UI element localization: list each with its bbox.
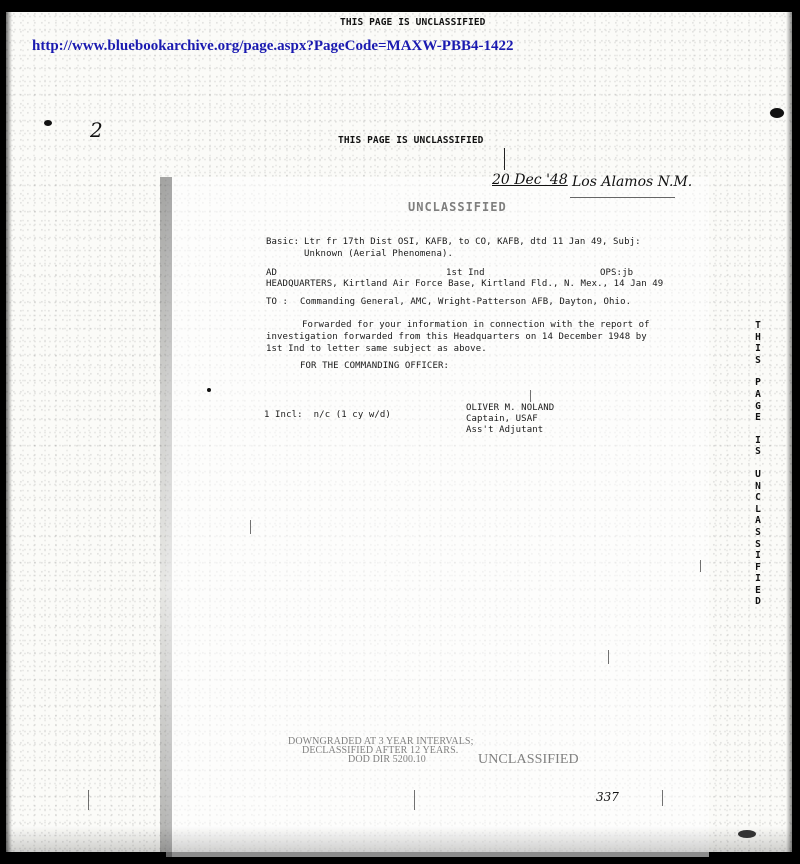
handwritten-date: 20 Dec '48: [492, 172, 568, 188]
side-stamp-letter: C: [752, 492, 764, 504]
side-stamp-letter: P: [752, 377, 764, 389]
bottom-edge-shadow: [6, 826, 792, 852]
scratch-mark: [700, 560, 701, 572]
top-classification-stamp: THIS PAGE IS UNCLASSIFIED: [340, 17, 486, 28]
ink-blot: [770, 108, 784, 118]
side-stamp-letter: A: [752, 389, 764, 401]
downgrade-line-3: DOD DIR 5200.10: [348, 754, 426, 765]
bottom-unclassified-mark: UNCLASSIFIED: [478, 752, 579, 768]
basic-line-1: Ltr fr 17th Dist OSI, KAFB, to CO, KAFB,…: [304, 237, 641, 247]
body-line-3: 1st Ind to letter same subject as above.: [266, 344, 487, 354]
inclosure-line: 1 Incl: n/c (1 cy w/d): [264, 410, 391, 420]
indorsement-number: 1st Ind: [446, 268, 485, 278]
side-stamp-letter: N: [752, 481, 764, 493]
scratch-mark: [530, 390, 531, 402]
scratch-mark: [250, 520, 251, 534]
side-stamp-letter: A: [752, 515, 764, 527]
to-line: Commanding General, AMC, Wright-Patterso…: [300, 297, 631, 307]
side-stamp-letter: S: [752, 446, 764, 458]
archive-url-link[interactable]: http://www.bluebookarchive.org/page.aspx…: [32, 38, 513, 55]
from-line: HEADQUARTERS, Kirtland Air Force Base, K…: [266, 279, 663, 289]
ink-speck: [207, 388, 211, 392]
side-stamp-letter: D: [752, 596, 764, 608]
scratch-mark: [88, 790, 89, 810]
file-reference: OPS:jb: [600, 268, 633, 278]
body-line-1: Forwarded for your information in connec…: [302, 320, 650, 330]
ink-blot: [44, 120, 52, 126]
scratch-mark: [414, 790, 415, 810]
underline-rule: [570, 197, 675, 198]
body-line-2: investigation forwarded from this Headqu…: [266, 332, 647, 342]
side-classification-stamp: THISPAGEISUNCLASSIFIED: [752, 320, 764, 608]
side-stamp-letter: I: [752, 343, 764, 355]
header-unclassified-mark: UNCLASSIFIED: [408, 200, 507, 214]
side-stamp-letter: I: [752, 435, 764, 447]
handwritten-location: Los Alamos N.M.: [572, 174, 692, 190]
scratch-mark: [608, 650, 609, 664]
to-label: TO :: [266, 297, 288, 307]
side-stamp-letter: I: [752, 573, 764, 585]
handwritten-page-mark: 2: [90, 118, 103, 142]
basic-line-2: Unknown (Aerial Phenomena).: [304, 249, 453, 259]
side-stamp-letter: L: [752, 504, 764, 516]
closing-line: FOR THE COMMANDING OFFICER:: [300, 361, 449, 371]
side-stamp-letter: E: [752, 412, 764, 424]
side-stamp-letter: F: [752, 562, 764, 574]
scratch-mark: [504, 148, 505, 170]
side-stamp-letter: T: [752, 320, 764, 332]
signer-rank: Captain, USAF: [466, 414, 538, 424]
side-stamp-letter: H: [752, 332, 764, 344]
side-stamp-letter: S: [752, 527, 764, 539]
scratch-mark: [662, 790, 663, 806]
page-number: 337: [596, 790, 619, 804]
side-stamp-letter: G: [752, 401, 764, 413]
side-stamp-letter: E: [752, 585, 764, 597]
signer-name: OLIVER M. NOLAND: [466, 403, 554, 413]
basic-label: Basic:: [266, 237, 299, 247]
ink-blot: [738, 830, 756, 838]
signer-title: Ass't Adjutant: [466, 425, 543, 435]
side-stamp-letter: S: [752, 539, 764, 551]
side-stamp-letter: I: [752, 550, 764, 562]
side-stamp-letter: S: [752, 355, 764, 367]
sheet-edge-shadow: [160, 177, 172, 862]
side-stamp-letter: U: [752, 469, 764, 481]
upper-classification-stamp: THIS PAGE IS UNCLASSIFIED: [338, 135, 484, 146]
office-code: AD: [266, 268, 277, 278]
